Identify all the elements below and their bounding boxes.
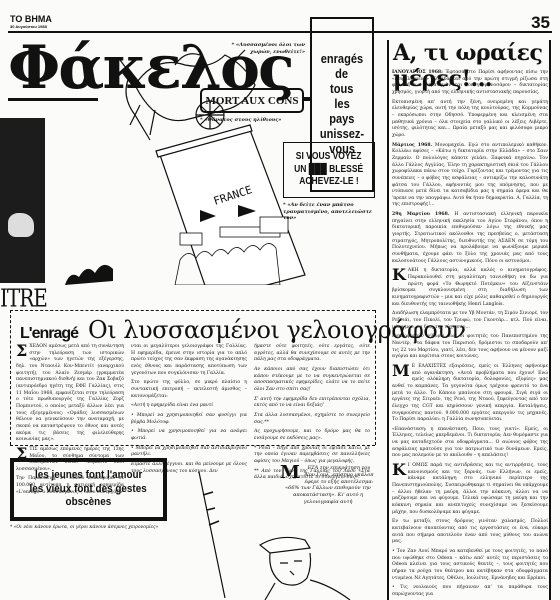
paragraph: ήμαστε ούτε φοιτητές, ούτε εργάτες, ούτε… bbox=[254, 344, 370, 364]
si-line: ACHEVEZ-LE ! bbox=[299, 176, 359, 189]
paragraph: 29η Μαρτίου 1968. Η αντιστασιακή ελληνικ… bbox=[392, 212, 548, 265]
photo-left bbox=[0, 118, 45, 283]
paragraph: • Μπορεί να χρησιμοποιηθεί σαν φυσίγγι γ… bbox=[131, 413, 247, 426]
enrage-column-3: ήμαστε ούτε φοιτητές, ούτε εργάτες, ούτε… bbox=[254, 344, 370, 485]
paragraph: «Επανάσταση: η επανάσταση. Ποιο, τους γι… bbox=[392, 427, 548, 460]
paragraph: Κυκλοφορούν ψίθυροι πως οι φοιτητές του … bbox=[392, 334, 548, 361]
enrages-line: les bbox=[334, 97, 349, 112]
jeunes-caption: * «Οι νέοι κάνουν έρωτα, οι γέροι κάνουν… bbox=[10, 525, 170, 530]
masthead-date: 30 Αυγούστου 1988 bbox=[10, 24, 52, 29]
masthead-title: ΤΟ ΒΗΜΑ bbox=[10, 14, 52, 24]
jeunes-line: les jeunes font l'amour bbox=[35, 469, 142, 483]
right-article-body: ΙΑΝΟΥΑΡΙΟΣ 1968: Έφτασα στο Παρίσι αφήνο… bbox=[392, 70, 548, 600]
soldier-cartoon bbox=[250, 525, 370, 600]
footnote: * Ρουά – πήγε από χρονιάς οι έφτασε κάτω… bbox=[254, 446, 370, 466]
mort-caption: * «Θάνατος στους ηλίθιους» bbox=[200, 117, 300, 124]
paragraph: ΣΧΕΔΟΝ αμέσως μετά από τη συνάντηση στην… bbox=[16, 344, 124, 444]
jeunes-line: les vieux font des gestes bbox=[30, 483, 147, 497]
paragraph: νται οι μεγαλύτεροι γελοιογράφοι της Γαλ… bbox=[131, 344, 247, 377]
enrages-line: pays bbox=[329, 112, 354, 127]
enrage-logo: L'enragé bbox=[20, 325, 78, 343]
paragraph: ΜΕ ΕΛΑΧΙΣΤΕΣ εξαιρέσεις, εμείς οι Έλληνε… bbox=[392, 364, 548, 424]
paragraph: • Μπορεί να χρησιμοποιηθεί σαν αντιδακρυ… bbox=[131, 446, 247, 459]
si-line: SI VOUS VOYEZ bbox=[296, 151, 362, 164]
paragraph: • Τον Ζαν Λουί Μπαρό να κατεβενθεί με το… bbox=[392, 549, 548, 582]
enrages-line: de bbox=[336, 67, 349, 82]
paragraph: Αν κάποιοι από σας έχουν διαπιστώσει ότι… bbox=[254, 367, 370, 394]
paragraph: Μάρτιος 1968. Μονομαχεία. Εγώ στο αντιπο… bbox=[392, 143, 548, 210]
pen-sketch bbox=[197, 470, 227, 600]
paragraph: ΙΑΝΟΥΑΡΙΟΣ 1968: Έφτασα στο Παρίσι αφήνο… bbox=[392, 70, 548, 97]
france-monument-cartoon: FRANCE bbox=[60, 45, 310, 285]
paragraph: «Αυτή η εφημερίδα είναι ένα μαντί bbox=[131, 403, 247, 410]
paragraph: Εκτοπισμένη απ' αυτή την ξένη, ονειρεμέν… bbox=[392, 100, 548, 140]
paragraph: • Μπορεί να χρησιμοποιηθεί για να ανάψει… bbox=[131, 429, 247, 442]
enrages-line: enragés bbox=[321, 52, 363, 67]
litre-fragment: ITRE bbox=[0, 284, 47, 313]
paragraph: Στο πρώτο της φύλλο, σε μικρό πλαίσιο η … bbox=[131, 380, 247, 400]
paragraph: Ας προχωρήσουμε, και το δρόμο μας θα το … bbox=[254, 429, 370, 442]
article-border-top bbox=[10, 310, 375, 311]
quote-enrages-translation: * «Λυσσασμένοι όλοι των χωρών, ενωθείτε!… bbox=[230, 42, 305, 55]
poll-caption: ΜΕΤΑ την επικράτηση του Νου Γουλ, επίσημ… bbox=[280, 465, 376, 506]
paragraph: • Τις νεολαιούς που πήγαιναν απ' τα παρά… bbox=[392, 585, 548, 598]
enrages-line: tous bbox=[330, 82, 353, 97]
connector bbox=[304, 97, 312, 101]
masthead: ΤΟ ΒΗΜΑ 30 Αυγούστου 1988 bbox=[10, 14, 52, 29]
enrages-line: unissez- bbox=[320, 127, 364, 142]
si-caption: * «Αν δείτε έναν μπάτσο τραυματισμένο, α… bbox=[283, 202, 375, 222]
page-number: 35 bbox=[531, 13, 550, 33]
si-vous-voyez-box: SI VOUS VOYEZ UN ███ BLESSÉ ACHEVEZ-LE ! bbox=[283, 142, 375, 198]
jeunes-graffiti-box: les jeunes font l'amour les vieux font d… bbox=[10, 458, 167, 521]
jeunes-line: obscènes bbox=[66, 496, 112, 510]
paragraph: ΚΙ ΟΜΩΣ παρά τις αντιδράσεις και τις αντ… bbox=[392, 463, 548, 516]
paragraph: ΚΑΚΗ η δικτατορία, αλλά καλός ο κινηματο… bbox=[392, 268, 548, 308]
article-border-left bbox=[10, 310, 11, 445]
dropcap: Μ bbox=[280, 465, 300, 480]
paragraph: Στα άλλα λυσσασμένοι, σχημίστε το συνεργ… bbox=[254, 413, 370, 426]
si-line: UN ███ BLESSÉ bbox=[294, 164, 363, 177]
mort-aux-cons-box: MORT AUX CONS bbox=[200, 88, 304, 113]
paragraph: Διαδήλωση ελαμπρότατα με τον Υβ Μοντάν, … bbox=[392, 311, 548, 331]
paragraph: Εν τω μεταξύ, στους δρόμους γινόταν χαλα… bbox=[392, 519, 548, 546]
paragraph: Σ' αυτή την εφημερίδα δεν επιτρέπονται σ… bbox=[254, 397, 370, 410]
